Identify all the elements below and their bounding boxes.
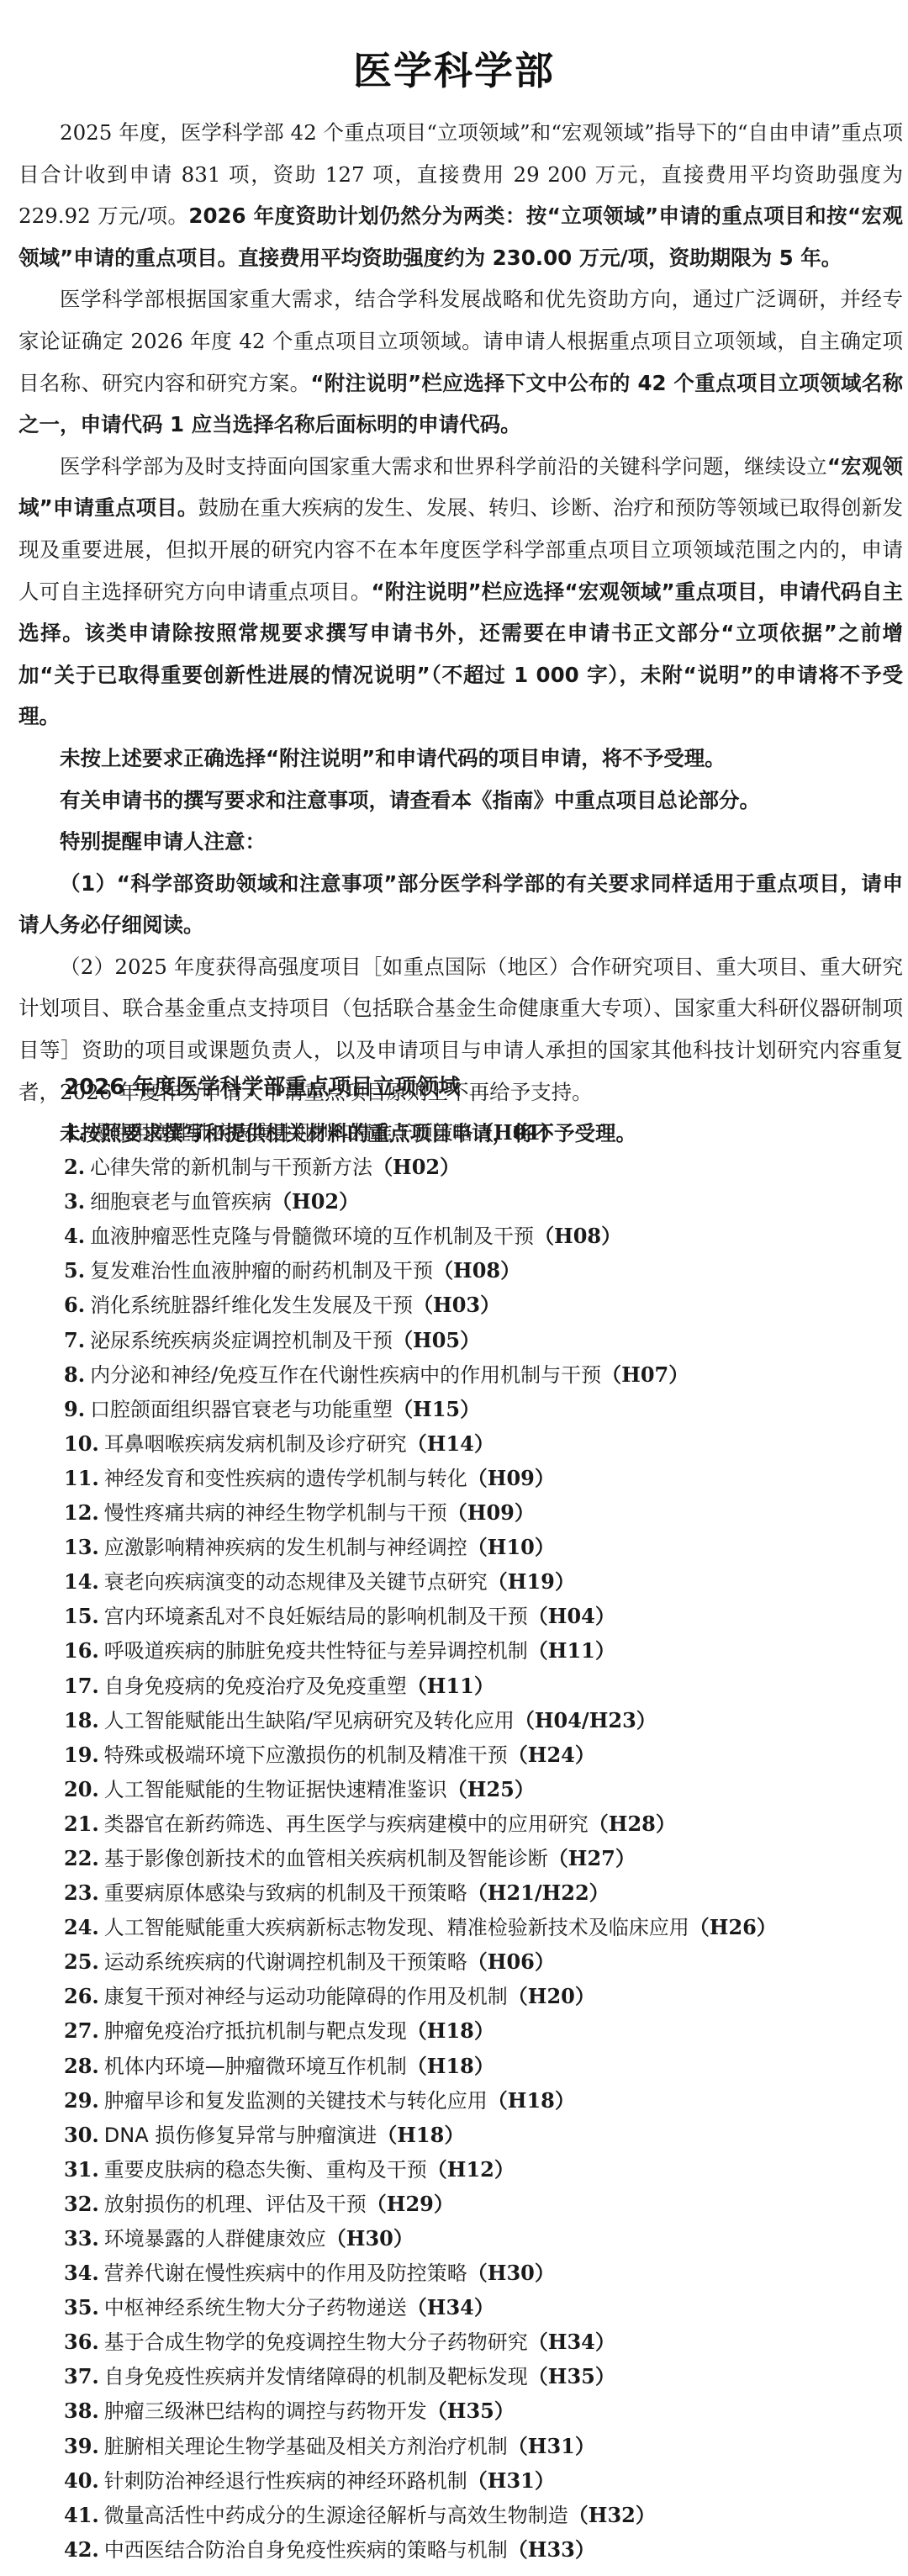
topic-number: 14.	[64, 1569, 99, 1594]
topic-item: 12.慢性疼痛共病的神经生物学机制与干预（H09）	[64, 1495, 896, 1530]
topic-name: 慢性阻塞性肺疾病演进机制和精准干预策略	[90, 1121, 473, 1145]
topic-code: （H31）	[467, 2468, 555, 2493]
topic-number: 7.	[64, 1328, 85, 1352]
topic-code: （H08）	[433, 1258, 520, 1283]
topic-number: 40.	[64, 2468, 99, 2493]
topic-code: （H18）	[488, 2088, 575, 2113]
topic-name: 呼吸道疾病的肺脏免疫共性特征与差异调控机制	[104, 1639, 528, 1663]
topic-number: 17.	[64, 1674, 99, 1698]
topic-item: 3.细胞衰老与血管疾病（H02）	[64, 1184, 896, 1219]
topic-code: （H27）	[548, 1846, 636, 1870]
topic-code: （H29）	[367, 2192, 454, 2216]
topic-number: 25.	[64, 1949, 99, 1974]
topic-code: （H15）	[393, 1397, 480, 1421]
topic-item: 20.人工智能赋能的生物证据快速精准鉴识（H25）	[64, 1772, 896, 1806]
topic-code: （H30）	[467, 2261, 555, 2285]
topic-item: 24.人工智能赋能重大疾病新标志物发现、精准检验新技术及临床应用（H26）	[64, 1910, 896, 1944]
topic-number: 35.	[64, 2295, 99, 2319]
topic-name: DNA 损伤修复异常与肿瘤演进	[104, 2124, 377, 2147]
topic-item: 8.内分泌和神经/免疫互作在代谢性疾病中的作用机制与干预（H07）	[64, 1357, 896, 1392]
topic-name: 心律失常的新机制与干预新方法	[90, 1156, 372, 1179]
topic-number: 37.	[64, 2364, 99, 2388]
topic-name: 机体内环境—肿瘤微环境互作机制	[104, 2055, 407, 2078]
topic-code: （H03）	[413, 1293, 500, 1317]
topic-item: 34.营养代谢在慢性疾病中的作用及防控策略（H30）	[64, 2256, 896, 2290]
topic-item: 13.应激影响精神疾病的发生机制与神经调控（H10）	[64, 1530, 896, 1564]
topic-number: 8.	[64, 1362, 85, 1387]
topic-number: 41.	[64, 2503, 99, 2527]
page-title: 医学科学部	[0, 40, 908, 96]
topic-number: 11.	[64, 1466, 99, 1490]
topic-code: （H21/H22）	[467, 1880, 610, 1905]
bold-text: 有关申请书的撰写要求和注意事项，请查看本《指南》中重点项目总论部分。	[60, 788, 760, 812]
topic-item: 1.慢性阻塞性肺疾病演进机制和精准干预策略（H01）	[64, 1115, 896, 1150]
topic-code: （H30）	[326, 2226, 414, 2251]
topic-item: 28.机体内环境—肿瘤微环境互作机制（H18）	[64, 2049, 896, 2083]
topic-number: 30.	[64, 2123, 99, 2147]
topic-number: 42.	[64, 2537, 99, 2562]
topic-name: 重要病原体感染与致病的机制及干预策略	[104, 1881, 467, 1905]
topic-item: 38.肿瘤三级淋巴结构的调控与药物开发（H35）	[64, 2394, 896, 2428]
paragraph: 医学科学部根据国家重大需求，结合学科发展战略和优先资助方向，通过广泛调研，并经专…	[18, 278, 903, 445]
topic-item: 21.类器官在新药筛选、再生医学与疾病建模中的应用研究（H28）	[64, 1806, 896, 1841]
topic-number: 20.	[64, 1777, 99, 1801]
topic-name: 类器官在新药筛选、再生医学与疾病建模中的应用研究	[104, 1812, 589, 1836]
topic-number: 13.	[64, 1535, 99, 1559]
topic-number: 16.	[64, 1638, 99, 1663]
topic-name: 自身免疫性疾病并发情绪障碍的机制及靶标发现	[104, 2365, 528, 2388]
topic-code: （H07）	[601, 1362, 689, 1387]
topic-name: 耳鼻咽喉疾病发病机制及诊疗研究	[104, 1432, 407, 1456]
topic-item: 17.自身免疫病的免疫治疗及免疫重塑（H11）	[64, 1669, 896, 1703]
topic-name: 人工智能赋能出生缺陷/罕见病研究及转化应用	[104, 1709, 515, 1732]
topic-item: 6.消化系统脏器纤维化发生发展及干预（H03）	[64, 1288, 896, 1322]
topic-code: （H35）	[528, 2364, 615, 2388]
topic-code: （H25）	[447, 1777, 535, 1801]
topic-name: 肿瘤免疫治疗抵抗机制与靶点发现	[104, 2019, 407, 2043]
topic-name: 环境暴露的人群健康效应	[104, 2227, 326, 2251]
topic-name: 营养代谢在慢性疾病中的作用及防控策略	[104, 2261, 467, 2285]
bold-text: 特别提醒申请人注意：	[60, 829, 266, 854]
topic-item: 15.宫内环境紊乱对不良妊娠结局的影响机制及干预（H04）	[64, 1599, 896, 1633]
topic-name: 中西医结合防治自身免疫性疾病的策略与机制	[104, 2538, 508, 2562]
topic-item: 41.微量高活性中药成分的生源途径解析与高效生物制造（H32）	[64, 2498, 896, 2532]
topic-name: 衰老向疾病演变的动态规律及关键节点研究	[104, 1570, 488, 1594]
topic-code: （H11）	[407, 1674, 494, 1698]
topic-item: 33.环境暴露的人群健康效应（H30）	[64, 2221, 896, 2256]
topic-code: （H35）	[427, 2399, 515, 2423]
topic-code: （H04/H23）	[515, 1708, 657, 1732]
topic-item: 19.特殊或极端环境下应激损伤的机制及精准干预（H24）	[64, 1738, 896, 1772]
topic-code: （H32）	[568, 2503, 656, 2527]
bold-text: 未按上述要求正确选择“附注说明”和申请代码的项目申请，将不予受理。	[60, 746, 726, 770]
topic-number: 6.	[64, 1293, 85, 1317]
topic-number: 27.	[64, 2018, 99, 2043]
topic-name: 复发难治性血液肿瘤的耐药机制及干预	[90, 1259, 433, 1283]
topic-name: 泌尿系统疾病炎症调控机制及干预	[90, 1329, 393, 1352]
topic-name: 人工智能赋能重大疾病新标志物发现、精准检验新技术及临床应用	[104, 1916, 689, 1939]
topic-item: 4.血液肿瘤恶性克隆与骨髓微环境的互作机制及干预（H08）	[64, 1219, 896, 1253]
topic-number: 4.	[64, 1224, 85, 1248]
topic-number: 21.	[64, 1812, 99, 1836]
bold-text: （1）“科学部资助领域和注意事项”部分医学科学部的有关要求同样适用于重点项目，请…	[18, 871, 903, 938]
paragraph: 医学科学部为及时支持面向国家重大需求和世界科学前沿的关键科学问题，继续设立“宏观…	[18, 446, 903, 738]
topic-item: 40.针刺防治神经退行性疾病的神经环路机制（H31）	[64, 2463, 896, 2498]
topic-item: 11.神经发育和变性疾病的遗传学机制与转化（H09）	[64, 1461, 896, 1495]
topic-number: 5.	[64, 1258, 85, 1283]
topic-item: 39.脏腑相关理论生物学基础及相关方剂治疗机制（H31）	[64, 2429, 896, 2463]
topic-number: 33.	[64, 2226, 99, 2251]
topic-code: （H05）	[393, 1328, 480, 1352]
topic-number: 3.	[64, 1189, 85, 1214]
topic-name: 脏腑相关理论生物学基础及相关方剂治疗机制	[104, 2435, 508, 2458]
topic-item: 5.复发难治性血液肿瘤的耐药机制及干预（H08）	[64, 1253, 896, 1288]
topic-number: 10.	[64, 1431, 99, 1456]
topic-name: 针刺防治神经退行性疾病的神经环路机制	[104, 2469, 467, 2493]
topic-item: 32.放射损伤的机理、评估及干预（H29）	[64, 2187, 896, 2221]
topic-name: 自身免疫病的免疫治疗及免疫重塑	[104, 1674, 407, 1698]
topic-number: 18.	[64, 1708, 99, 1732]
body-text: 医学科学部为及时支持面向国家重大需求和世界科学前沿的关键科学问题，继续设立	[60, 454, 827, 479]
topic-item: 25.运动系统疾病的代谢调控机制及干预策略（H06）	[64, 1944, 896, 1979]
topic-item: 16.呼吸道疾病的肺脏免疫共性特征与差异调控机制（H11）	[64, 1633, 896, 1668]
topic-number: 23.	[64, 1880, 99, 1905]
topic-name: 神经发育和变性疾病的遗传学机制与转化	[104, 1467, 467, 1490]
topic-name: 运动系统疾病的代谢调控机制及干预策略	[104, 1950, 467, 1974]
topic-code: （H19）	[488, 1569, 575, 1594]
topic-code: （H28）	[589, 1812, 676, 1836]
topic-code: （H12）	[427, 2157, 515, 2182]
topic-code: （H09）	[447, 1500, 535, 1525]
topic-item: 27.肿瘤免疫治疗抵抗机制与靶点发现（H18）	[64, 2013, 896, 2048]
paragraph: 有关申请书的撰写要求和注意事项，请查看本《指南》中重点项目总论部分。	[18, 780, 903, 822]
topic-name: 慢性疼痛共病的神经生物学机制与干预	[104, 1501, 447, 1525]
topic-item: 37.自身免疫性疾病并发情绪障碍的机制及靶标发现（H35）	[64, 2359, 896, 2394]
topic-code: （H18）	[377, 2123, 464, 2147]
topic-code: （H11）	[528, 1638, 615, 1663]
topic-name: 特殊或极端环境下应激损伤的机制及精准干预	[104, 1743, 508, 1767]
topic-code: （H10）	[467, 1535, 555, 1559]
topic-name: 微量高活性中药成分的生源途径解析与高效生物制造	[104, 2504, 568, 2527]
topic-item: 22.基于影像创新技术的血管相关疾病机制及智能诊断（H27）	[64, 1841, 896, 1875]
topic-name: 人工智能赋能的生物证据快速精准鉴识	[104, 1778, 447, 1801]
topic-code: （H34）	[528, 2330, 615, 2354]
topic-number: 28.	[64, 2054, 99, 2078]
topic-number: 32.	[64, 2192, 99, 2216]
topic-code: （H08）	[534, 1224, 621, 1248]
topic-number: 2.	[64, 1155, 85, 1179]
topic-name: 细胞衰老与血管疾病	[90, 1190, 272, 1214]
topic-item: 35.中枢神经系统生物大分子药物递送（H34）	[64, 2290, 896, 2325]
topic-code: （H04）	[528, 1604, 615, 1628]
topic-code: （H33）	[508, 2537, 595, 2562]
topic-item: 36.基于合成生物学的免疫调控生物大分子药物研究（H34）	[64, 2325, 896, 2359]
topic-number: 22.	[64, 1846, 99, 1870]
topic-list: 1.慢性阻塞性肺疾病演进机制和精准干预策略（H01）2.心律失常的新机制与干预新…	[64, 1115, 896, 2567]
paragraph: （1）“科学部资助领域和注意事项”部分医学科学部的有关要求同样适用于重点项目，请…	[18, 863, 903, 946]
topic-name: 内分泌和神经/免疫互作在代谢性疾病中的作用机制与干预	[90, 1363, 601, 1387]
topic-number: 24.	[64, 1915, 99, 1939]
paragraph: 特别提醒申请人注意：	[18, 821, 903, 863]
topic-item: 29.肿瘤早诊和复发监测的关键技术与转化应用（H18）	[64, 2083, 896, 2118]
topic-number: 38.	[64, 2399, 99, 2423]
document-page: 医学科学部 2025 年度，医学科学部 42 个重点项目“立项领域”和“宏观领域…	[0, 0, 908, 2576]
topic-item: 26.康复干预对神经与运动功能障碍的作用及机制（H20）	[64, 1979, 896, 2013]
topic-number: 26.	[64, 1984, 99, 2008]
topic-number: 15.	[64, 1604, 99, 1628]
topic-name: 中枢神经系统生物大分子药物递送	[104, 2296, 407, 2319]
topic-name: 宫内环境紊乱对不良妊娠结局的影响机制及干预	[104, 1605, 528, 1628]
topic-code: （H24）	[508, 1743, 595, 1767]
topic-number: 39.	[64, 2434, 99, 2458]
section-heading: 2026 年度医学科学部重点项目立项领域	[64, 1070, 460, 1101]
topic-name: 康复干预对神经与运动功能障碍的作用及机制	[104, 1985, 508, 2008]
topic-code: （H02）	[272, 1189, 359, 1214]
topic-number: 1.	[64, 1120, 85, 1145]
topic-code: （H18）	[407, 2054, 494, 2078]
topic-code: （H31）	[508, 2434, 595, 2458]
topic-code: （H02）	[372, 1155, 460, 1179]
topic-item: 9.口腔颌面组织器官衰老与功能重塑（H15）	[64, 1392, 896, 1426]
topic-name: 应激影响精神疾病的发生机制与神经调控	[104, 1536, 467, 1559]
topic-number: 34.	[64, 2261, 99, 2285]
paragraph: 未按上述要求正确选择“附注说明”和申请代码的项目申请，将不予受理。	[18, 738, 903, 780]
topic-item: 10.耳鼻咽喉疾病发病机制及诊疗研究（H14）	[64, 1426, 896, 1461]
topic-code: （H26）	[689, 1915, 777, 1939]
topic-code: （H14）	[407, 1431, 494, 1456]
topic-number: 12.	[64, 1500, 99, 1525]
topic-name: 基于合成生物学的免疫调控生物大分子药物研究	[104, 2330, 528, 2354]
topic-item: 31.重要皮肤病的稳态失衡、重构及干预（H12）	[64, 2152, 896, 2187]
topic-code: （H34）	[407, 2295, 494, 2319]
topic-code: （H20）	[508, 1984, 595, 2008]
topic-name: 放射损伤的机理、评估及干预	[104, 2193, 367, 2216]
intro-body: 2025 年度，医学科学部 42 个重点项目“立项领域”和“宏观领域”指导下的“…	[18, 112, 903, 1155]
topic-name: 血液肿瘤恶性克隆与骨髓微环境的互作机制及干预	[90, 1225, 534, 1248]
topic-item: 14.衰老向疾病演变的动态规律及关键节点研究（H19）	[64, 1564, 896, 1599]
paragraph: 2025 年度，医学科学部 42 个重点项目“立项领域”和“宏观领域”指导下的“…	[18, 112, 903, 278]
topic-number: 9.	[64, 1397, 85, 1421]
topic-item: 30.DNA 损伤修复异常与肿瘤演进（H18）	[64, 2118, 896, 2152]
topic-code: （H01）	[473, 1120, 561, 1145]
topic-number: 29.	[64, 2088, 99, 2113]
topic-item: 2.心律失常的新机制与干预新方法（H02）	[64, 1150, 896, 1184]
topic-name: 重要皮肤病的稳态失衡、重构及干预	[104, 2158, 427, 2182]
topic-item: 23.重要病原体感染与致病的机制及干预策略（H21/H22）	[64, 1875, 896, 1910]
topic-item: 42.中西医结合防治自身免疫性疾病的策略与机制（H33）	[64, 2532, 896, 2567]
topic-item: 7.泌尿系统疾病炎症调控机制及干预（H05）	[64, 1323, 896, 1357]
topic-code: （H09）	[467, 1466, 555, 1490]
topic-name: 消化系统脏器纤维化发生发展及干预	[90, 1293, 413, 1317]
topic-code: （H18）	[407, 2018, 494, 2043]
topic-name: 肿瘤三级淋巴结构的调控与药物开发	[104, 2399, 427, 2423]
topic-number: 31.	[64, 2157, 99, 2182]
topic-number: 36.	[64, 2330, 99, 2354]
topic-code: （H06）	[467, 1949, 555, 1974]
topic-name: 肿瘤早诊和复发监测的关键技术与转化应用	[104, 2089, 488, 2113]
topic-name: 口腔颌面组织器官衰老与功能重塑	[90, 1398, 393, 1421]
topic-name: 基于影像创新技术的血管相关疾病机制及智能诊断	[104, 1847, 548, 1870]
topic-item: 18.人工智能赋能出生缺陷/罕见病研究及转化应用（H04/H23）	[64, 1703, 896, 1738]
topic-number: 19.	[64, 1743, 99, 1767]
